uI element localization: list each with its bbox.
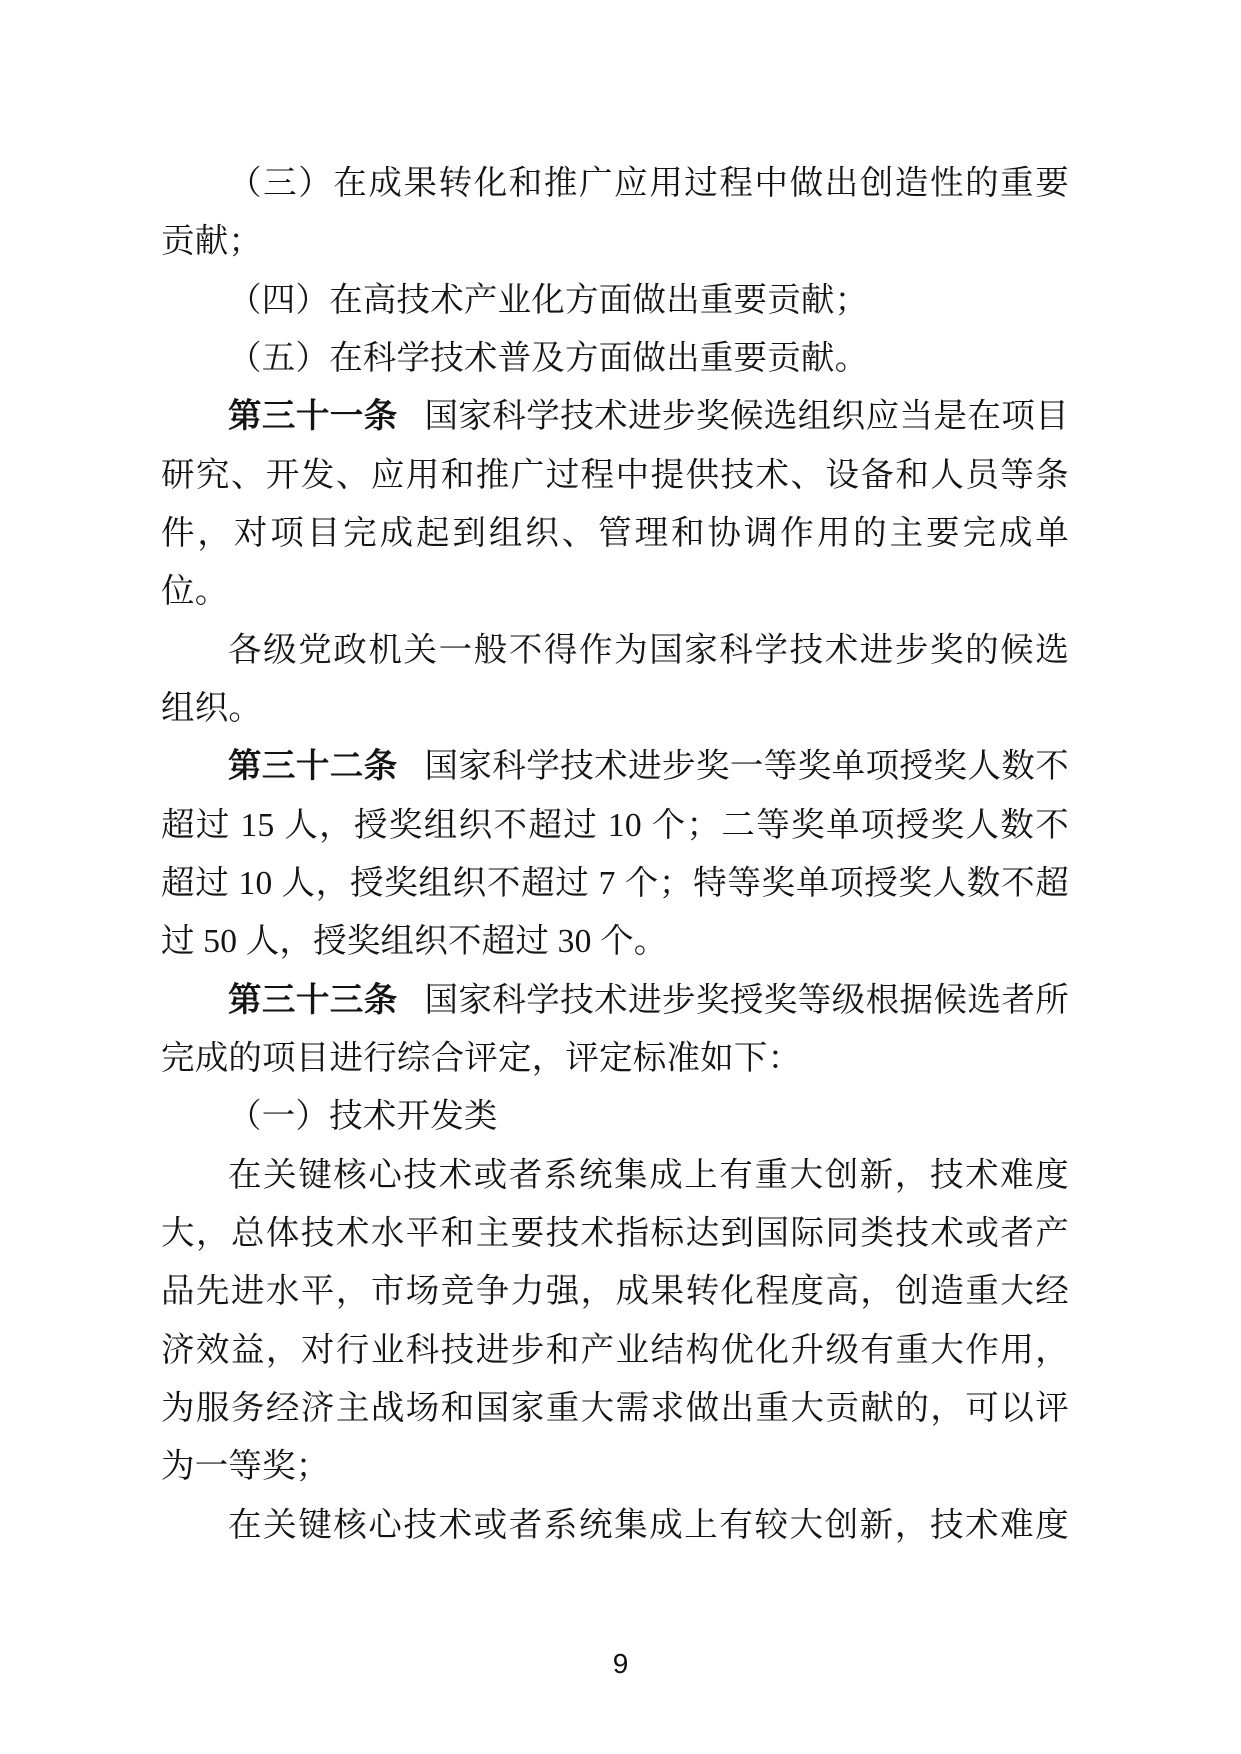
paragraph-text: （五）在科学技术普及方面做出重要贡献。 — [228, 340, 868, 377]
body-paragraph: （五）在科学技术普及方面做出重要贡献。 — [161, 330, 1069, 388]
article-paragraph: 第三十三条国家科学技术进步奖授奖等级根据候选者所完成的项目进行综合评定，评定标准… — [161, 972, 1069, 1089]
body-paragraph: 在关键核心技术或者系统集成上有重大创新，技术难度大，总体技术水平和主要技术指标达… — [161, 1147, 1069, 1497]
paragraph-text: 各级党政机关一般不得作为国家科学技术进步奖的候选组织。 — [161, 632, 1069, 727]
paragraph-text: 在关键核心技术或者系统集成上有重大创新，技术难度大，总体技术水平和主要技术指标达… — [161, 1157, 1069, 1486]
paragraph-text: （一）技术开发类 — [228, 1098, 498, 1135]
page-number: 9 — [613, 1648, 629, 1679]
paragraph-text: 在关键核心技术或者系统集成上有较大创新，技术难度较大，总体技术水平和主要技术指标… — [161, 1507, 1069, 1555]
body-paragraph: （一）技术开发类 — [161, 1088, 1069, 1146]
document-body: （三）在成果转化和推广应用过程中做出创造性的重要贡献；（四）在高技术产业化方面做… — [161, 155, 1069, 1555]
document-page: （三）在成果转化和推广应用过程中做出创造性的重要贡献；（四）在高技术产业化方面做… — [0, 0, 1241, 1754]
article-paragraph: 第三十二条国家科学技术进步奖一等奖单项授奖人数不超过 15 人，授奖组织不超过 … — [161, 738, 1069, 971]
paragraph-text: （三）在成果转化和推广应用过程中做出创造性的重要贡献； — [161, 165, 1069, 260]
paragraph-text: （四）在高技术产业化方面做出重要贡献； — [228, 282, 868, 319]
body-paragraph: （三）在成果转化和推广应用过程中做出创造性的重要贡献； — [161, 155, 1069, 272]
article-number: 第三十三条 — [228, 982, 398, 1019]
article-number: 第三十一条 — [228, 398, 398, 435]
body-paragraph: （四）在高技术产业化方面做出重要贡献； — [161, 272, 1069, 330]
body-paragraph: 各级党政机关一般不得作为国家科学技术进步奖的候选组织。 — [161, 622, 1069, 739]
article-number: 第三十二条 — [228, 748, 398, 785]
page-footer: 9 — [0, 1644, 1241, 1684]
body-paragraph: 在关键核心技术或者系统集成上有较大创新，技术难度较大，总体技术水平和主要技术指标… — [161, 1497, 1069, 1555]
article-paragraph: 第三十一条国家科学技术进步奖候选组织应当是在项目研究、开发、应用和推广过程中提供… — [161, 388, 1069, 621]
